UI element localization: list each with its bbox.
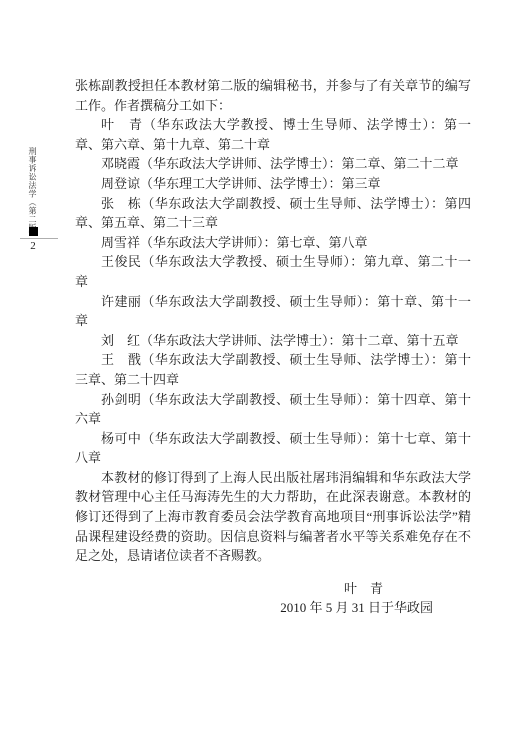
contributor-line: 周登谅（华东理工大学讲师、法学博士）：第三章 — [75, 174, 471, 194]
signature-name: 叶 青 — [75, 579, 471, 599]
contributor-line: 张 栋（华东政法大学副教授、硕士生导师、法学博士）：第四章、第五章、第二十三章 — [75, 194, 471, 233]
signature-date: 2010 年 5 月 31 日于华政园 — [75, 598, 471, 618]
acknowledgements-paragraph: 本教材的修订得到了上海人民出版社屠玮涓编辑和华东政法大学教材管理中心主任马海涛先… — [75, 468, 471, 566]
contributor-line: 叶 青（华东政法大学教授、博士生导师、法学博士）：第一章、第六章、第十九章、第二… — [75, 115, 471, 154]
contributor-line: 孙剑明（华东政法大学副教授、硕士生导师）：第十四章、第十六章 — [75, 390, 471, 429]
page-number: 2 — [23, 240, 43, 252]
spine-divider-rule — [20, 238, 58, 239]
main-text-block: 张栋副教授担任本教材第二版的编辑秘书，并参与了有关章节的编写工作。作者撰稿分工如… — [75, 76, 471, 618]
contributor-line: 许建丽（华东政法大学副教授、硕士生导师）：第十章、第十一章 — [75, 292, 471, 331]
book-page: 刑事诉讼法学（第二版） 2 张栋副教授担任本教材第二版的编辑秘书，并参与了有关章… — [0, 0, 530, 737]
contributor-line: 邓晓霞（华东政法大学讲师、法学博士）：第二章、第二十二章 — [75, 154, 471, 174]
intro-paragraph: 张栋副教授担任本教材第二版的编辑秘书，并参与了有关章节的编写工作。作者撰稿分工如… — [75, 76, 471, 115]
section-marker-square — [29, 227, 38, 236]
contributor-line: 王 戬（华东政法大学副教授、硕士生导师、法学博士）：第十三章、第二十四章 — [75, 350, 471, 389]
contributor-line: 王俊民（华东政法大学教授、硕士生导师）：第九章、第二十一章 — [75, 252, 471, 291]
contributor-line: 杨可中（华东政法大学副教授、硕士生导师）：第十七章、第十八章 — [75, 429, 471, 468]
contributor-line: 刘 红（华东政法大学讲师、法学博士）：第十二章、第十五章 — [75, 331, 471, 351]
contributor-line: 周雪祥（华东政法大学讲师）：第七章、第八章 — [75, 233, 471, 253]
signature-block: 叶 青 2010 年 5 月 31 日于华政园 — [75, 579, 471, 618]
